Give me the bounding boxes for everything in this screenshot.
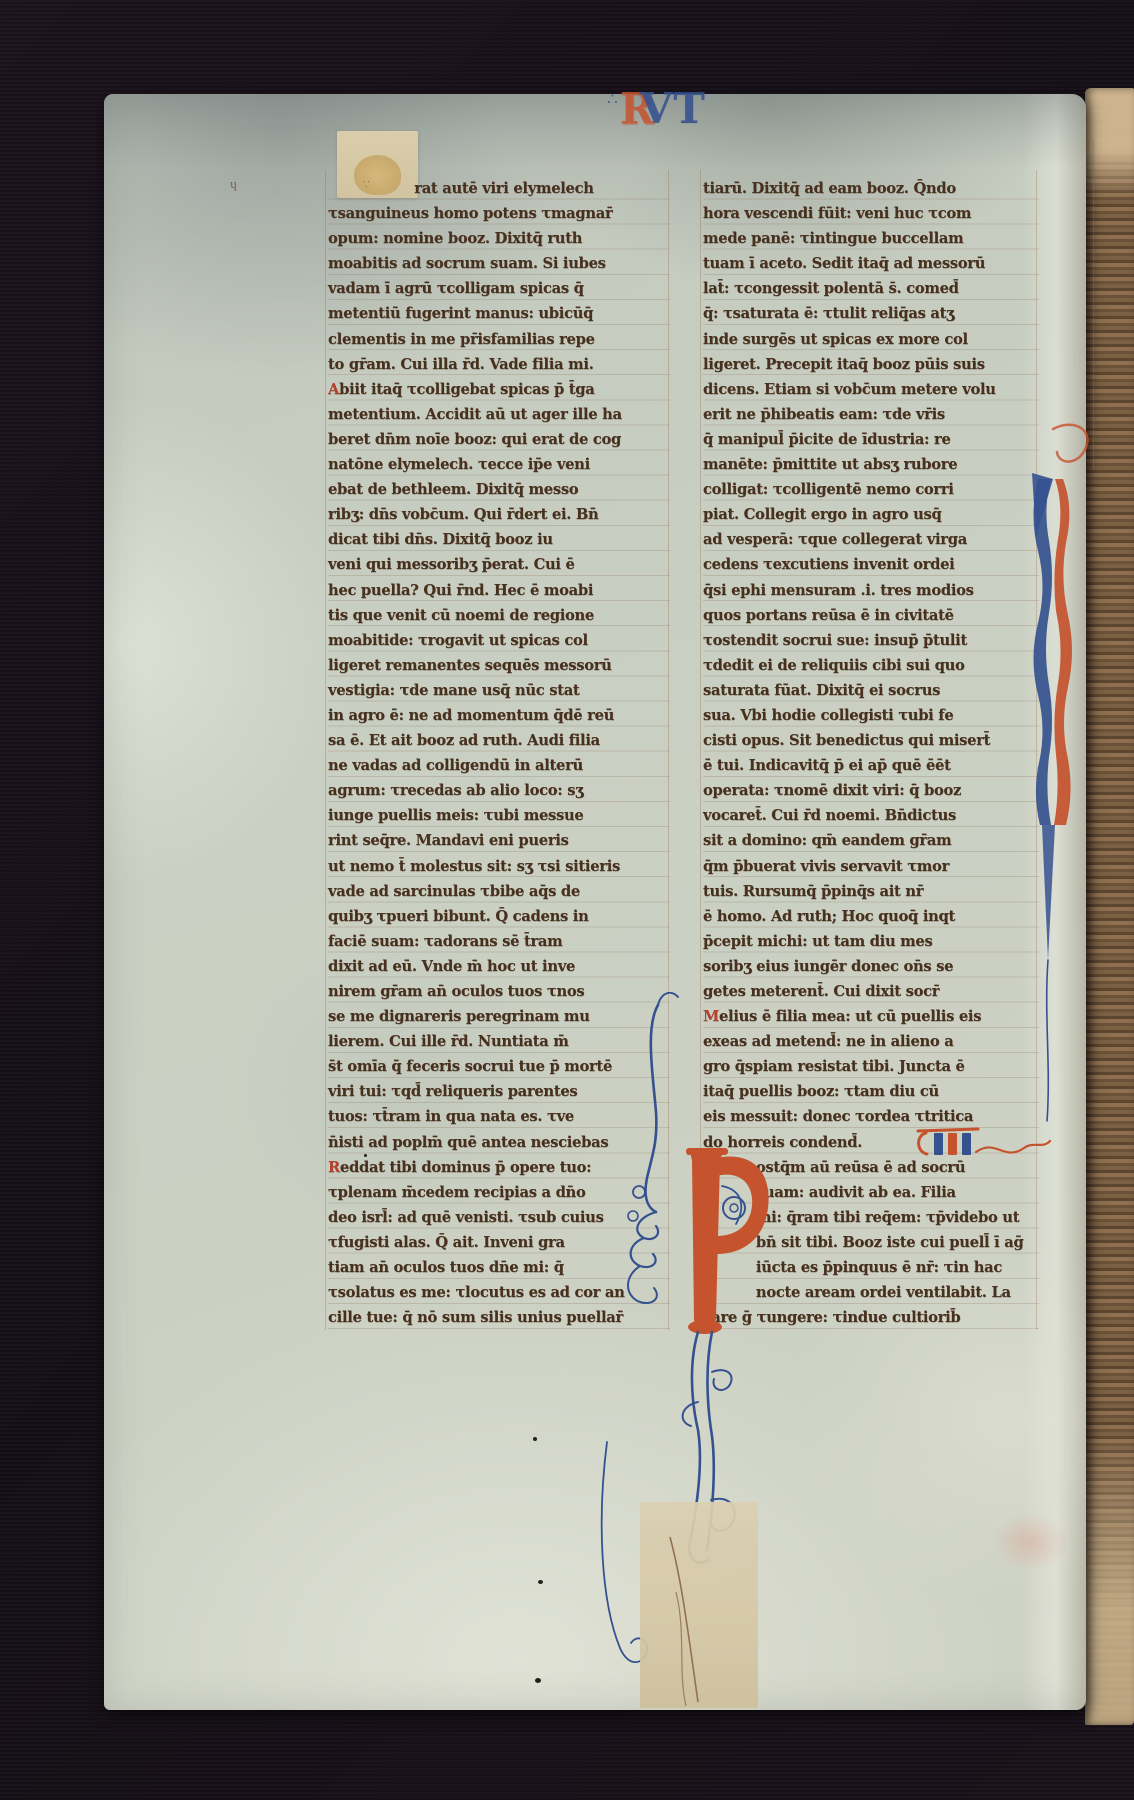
text-line: hora vescendi fūit: veni huc τcom (703, 201, 1032, 226)
text-line: piat. Collegit ergo in agro usq̄ (703, 502, 1032, 527)
text-line: q̄si ephi mensuram .i. tres modios (703, 578, 1032, 603)
text-line: metentiū fugerint manus: ubicūq̄ (328, 301, 663, 326)
text-line: quos portans reūsa ē in civitatē (703, 603, 1032, 628)
initial-p-body (686, 1148, 769, 1334)
text-line: dicat tibi dn̄s. Dixitq̄ booz iu (328, 527, 663, 552)
title-letters-blue: VT (640, 84, 706, 133)
text-line: erit ne p̄hibeatis eam: τde vr̄is (703, 402, 1032, 427)
text-line: quibʒ τpueri bibunt. Q̄ cadens in (328, 904, 663, 929)
text-line: veni qui messoribʒ p̄erat. Cui ē (328, 552, 663, 577)
text-line: saturata fūat. Dixitq̄ ei socrus (703, 678, 1032, 703)
text-line: vade ad sarcinulas τbibe aq̄s de (328, 879, 663, 904)
text-line: vadam ī agrū τcolligam spicas q̄ (328, 276, 663, 301)
margin-ornament (1018, 415, 1108, 1135)
text-line: sua. Vbi hodie collegisti τubi fe (703, 703, 1032, 728)
text-line: ē tui. Indicavitq̄ p̄ ei ap̄ quē ēēt (703, 753, 1032, 778)
tape-creases (640, 1502, 758, 1708)
text-line: vocaret̄. Cui r̄d noemi. Bn̄dictus (703, 803, 1032, 828)
text-line: moabitide: τrogavit ut spicas col (328, 628, 663, 653)
top-margin-stain (104, 94, 1086, 168)
margin-annotation-mark: ɥ (230, 178, 237, 191)
text-line: ut nemo t̄ molestus sit: sʒ τsi sitieris (328, 854, 663, 879)
text-line: τsanguineus homo potens τmagnar̄ (328, 201, 663, 226)
ruling-line (325, 170, 326, 1330)
text-line: ribʒ: dn̄s vobc̄um. Qui r̄dert ei. Bn̄ (328, 502, 663, 527)
text-line: ne vadas ad colligendū in alterū (328, 753, 663, 778)
text-line: colligat: τcolligentē nemo corri (703, 477, 1032, 502)
text-line: tuam ī aceto. Sedit itaq̄ ad messorū (703, 251, 1032, 276)
text-line: q̄: τsaturata ē: τtulit reliq̄as atʒ (703, 301, 1032, 326)
text-line: to gr̄am. Cui illa r̄d. Vade filia mi. (328, 352, 663, 377)
text-line: p̄cepit michi: ut tam diu mes (703, 929, 1032, 954)
text-line: ligeret. Precepit itaq̄ booz pūis suis (703, 352, 1032, 377)
numeral-bars (934, 1133, 971, 1155)
text-line: soribʒ eius iungēr donec on̄s se (703, 954, 1032, 979)
text-line: natōne elymelech. τecce ip̄e veni (328, 452, 663, 477)
text-line: dixit ad eū. Vnde m̄ hoc ut inve (328, 954, 663, 979)
text-line: faciē suam: τadorans sē t̄ram (328, 929, 663, 954)
text-line: in agro ē: ne ad momentum q̄dē reū (328, 703, 663, 728)
text-line: cedens τexcutiens invenit ordei (703, 552, 1032, 577)
text-line: opum: nomine booz. Dixitq̄ ruth (328, 226, 663, 251)
text-line: agrum: τrecedas ab alio loco: sʒ (328, 778, 663, 803)
text-line: dicens. Etiam si vobc̄um metere volu (703, 377, 1032, 402)
manuscript-photo: { "colors": { "ink": "#47301e", "blue": … (0, 0, 1134, 1800)
text-line: τdedit ei de reliquiis cibi sui quo (703, 653, 1032, 678)
text-line: moabitis ad socrum suam. Si iubes (328, 251, 663, 276)
text-line: rint seq̄re. Mandavi eni pueris (328, 828, 663, 853)
title-paraph-dots: ∴ (607, 90, 616, 110)
ink-speck (535, 1678, 541, 1683)
text-line: operata: τnomē dixit viri: q̄ booz (703, 778, 1032, 803)
text-line: ligeret remanentes sequēs messorū (328, 653, 663, 678)
text-line: inde surgēs ut spicas ex more col (703, 327, 1032, 352)
running-title: ∴RVT (607, 84, 706, 136)
text-line: ē homo. Ad ruth; Hoc quoq̄ inqt (703, 904, 1032, 929)
text-line: metentium. Accidit aū ut ager ille ha (328, 402, 663, 427)
text-line: sa ē. Et ait booz ad ruth. Audi filia (328, 728, 663, 753)
text-line: Abiit itaq̄ τcolligebat spicas p̄ t̄ga (328, 377, 663, 402)
text-line: vestigia: τde mane usq̄ nūc stat (328, 678, 663, 703)
text-line: ad vesperā: τque collegerat virga (703, 527, 1032, 552)
text-line: tuis. Rursumq̄ p̄pinq̄s ait nr̄ (703, 879, 1032, 904)
text-line: lat̄: τcongessit polentā s̄. comed̄ (703, 276, 1032, 301)
text-line: mede panē: τintingue buccellam (703, 226, 1032, 251)
text-line: q̄ manipul̄ p̄icite de īdustria: re (703, 427, 1032, 452)
ink-speck (364, 1154, 367, 1157)
text-line: τostendit socrui sue: insup̄ p̄tulit (703, 628, 1032, 653)
text-line: beret dn̄m noīe booz: qui erat de cog (328, 427, 663, 452)
text-line: manēte: p̄mittite ut absʒ rubore (703, 452, 1032, 477)
text-line: clementis in me pr̄isfamilias repe (328, 327, 663, 352)
red-offset-smudge (990, 1512, 1070, 1572)
text-line: rat autē viri elymelech (328, 176, 663, 201)
ink-speck (533, 1437, 537, 1441)
ink-speck (538, 1580, 543, 1584)
repair-tape-bottom (640, 1502, 758, 1708)
text-line: hec puella? Qui r̄nd. Hec ē moabi (328, 578, 663, 603)
text-line: iunge puellis meis: τubi messue (328, 803, 663, 828)
text-line: sit a domino: qm̄ eandem gr̄am (703, 828, 1032, 853)
text-line: ebat de bethleem. Dixitq̄ messo (328, 477, 663, 502)
text-line: q̄m p̄buerat vivis servavit τmor (703, 854, 1032, 879)
text-line: tis que venit cū noemi de regione (328, 603, 663, 628)
text-line: tiarū. Dixitq̄ ad eam booz. Q̄ndo (703, 176, 1032, 201)
text-line: cisti opus. Sit benedictus qui misert̄ (703, 728, 1032, 753)
